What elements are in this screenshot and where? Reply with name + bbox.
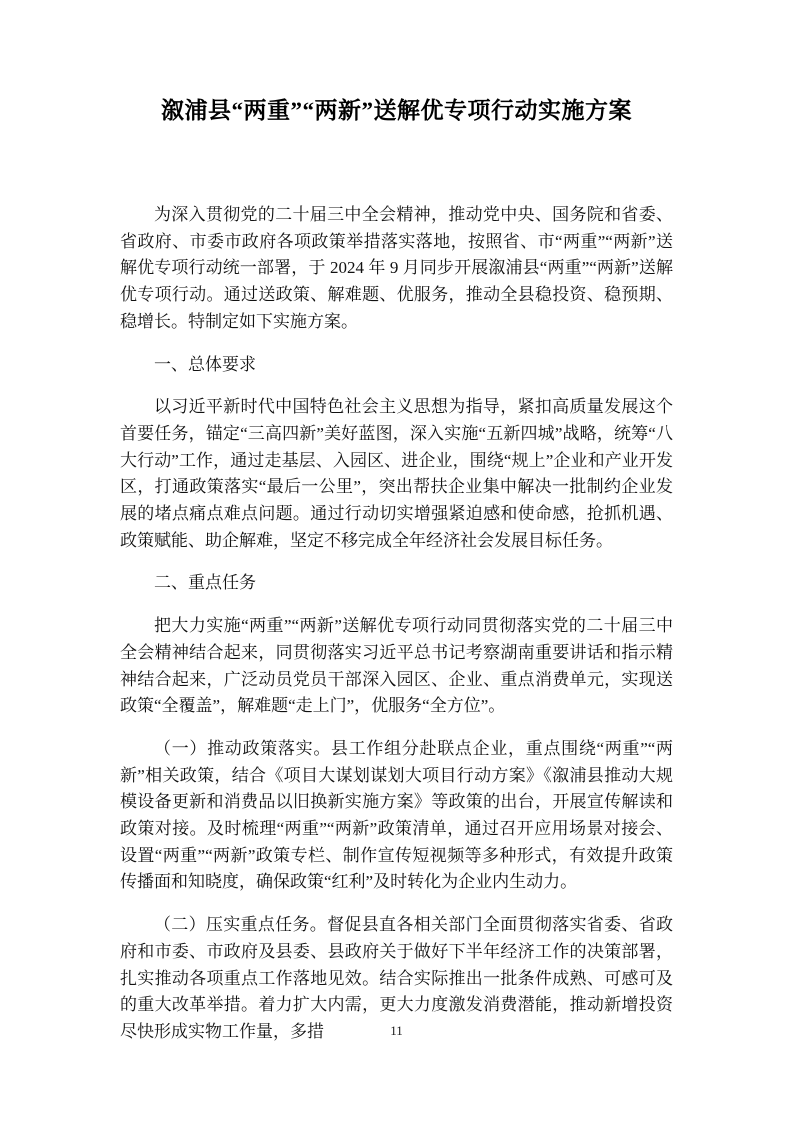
document-title-text: 溆浦县“两重”“两新”送解优专项行动实施方案 xyxy=(161,98,632,123)
paragraph-intro: 为深入贯彻党的二十届三中全会精神，推动党中央、国务院和省委、省政府、市委市政府各… xyxy=(120,202,673,336)
paragraph-overall-requirements: 以习近平新时代中国特色社会主义思想为指导，紧扣高质量发展这个首要任务，锚定“三高… xyxy=(120,394,673,554)
document-content: 溆浦县“两重”“两新”送解优专项行动实施方案 为深入贯彻党的二十届三中全会精神，… xyxy=(120,94,673,1062)
paragraph-task-1-policy-implementation: （一）推动政策落实。县工作组分赴联点企业，重点围绕“两重”“两新”相关政策，结合… xyxy=(120,736,673,896)
page-number: 11 xyxy=(0,1023,793,1039)
section-heading-1: 一、总体要求 xyxy=(120,352,673,379)
paragraph-key-tasks-intro: 把大力实施“两重”“两新”送解优专项行动同贯彻落实党的二十届三中全会精神结合起来… xyxy=(120,613,673,720)
document-title: 溆浦县“两重”“两新”送解优专项行动实施方案 xyxy=(120,94,673,128)
section-heading-2: 二、重点任务 xyxy=(120,570,673,597)
document-page: 溆浦县“两重”“两新”送解优专项行动实施方案 为深入贯彻党的二十届三中全会精神，… xyxy=(0,0,793,1122)
